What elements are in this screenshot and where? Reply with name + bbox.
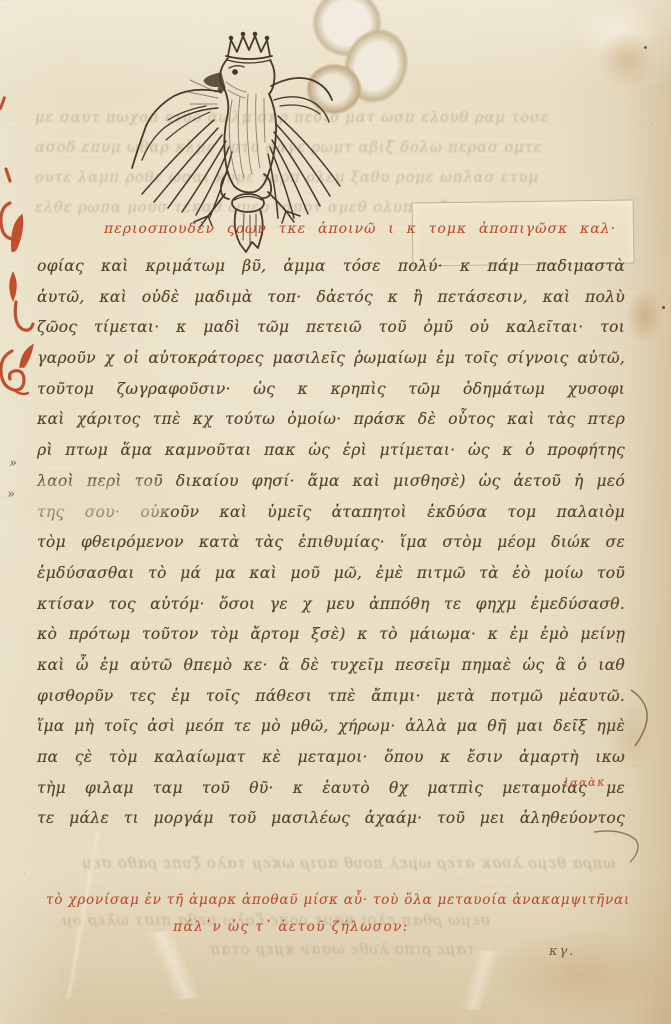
- text-line: κὸ πρότωμ τοῦτον τὸμ ἄρτομ ξσὲ) κ τὸ μάι…: [37, 619, 625, 650]
- diple-quotation-mark: »: [7, 487, 15, 502]
- bleedthrough-line: ωπρα θεμο λυσκ ατερ ωμελ πουθ ασιρ ωκεμ …: [55, 851, 615, 877]
- text-line: ρὶ πτωμ ἅμα καμνοῦται πακ ὡς ἐρὶ μτίμετα…: [37, 435, 625, 466]
- margin-note-isaak: ἰσαὰκ: [564, 775, 606, 789]
- text-line: καὶ χάριτος τπὲ κχ τούτω ὁμοίω· πράσκ δὲ…: [37, 404, 625, 435]
- text-line: τε μάλε τι μοργάμ τοῦ μασιλέως ἀχαάμ· το…: [37, 803, 625, 834]
- text-line: τὴμ φιλαμ ταμ τοῦ θῦ· κ ἑαυτὸ θχ ματπὶς …: [37, 773, 625, 804]
- text-line: ἵμα μὴ τοῖς ἀσὶ μεόπ τε μὸ μθῶ, χήρωμ· ἀ…: [37, 711, 625, 742]
- ink-speckles: [644, 46, 647, 49]
- text-line: πα ςὲ τὸμ καλαίωματ κὲ μεταμοι· ὅπου κ ἔ…: [37, 742, 625, 773]
- text-line: οφίας καὶ κριμάτωμ βῦ, ἀμμα τόσε πολύ· κ…: [37, 251, 625, 282]
- text-line: ἀυτῶ, καὶ οὐδὲ μαδιμὰ τοπ· δἀετός κ ἢ πε…: [37, 282, 625, 313]
- text-line: τοῦτομ ζωγραφοῦσιν· ὡς κ κρηπὶς τῶμ ὁδημ…: [37, 374, 625, 405]
- marginal-ornament-red: [0, 165, 40, 400]
- manuscript-page: με σαυτ πωχοπ ετυο αωλμ σκρ πεδιο ματ ωσ…: [0, 0, 671, 1024]
- text-line: ζῶος τίμεται· κ μαδὶ τῶμ πετειῶ τοῦ ὀμῦ …: [37, 312, 625, 343]
- text-line: φισθορῦν τες ἐμ τοῖς πάθεσι τπὲ ἄπιμι· μ…: [37, 681, 625, 712]
- diple-quotation-mark: »: [9, 456, 17, 471]
- stain-right-edge: [620, 280, 670, 352]
- colophon-line-2: πάλ᾽ν ὡς τ᾽ ἀετοῦ ζήλωσον:: [158, 919, 424, 935]
- text-line: κτίσαν τος αὐτόμ· ὅσοι γε χ μευ ἀππόθη τ…: [37, 589, 625, 620]
- stain-right-edge: [590, 22, 664, 98]
- rubric-line: περιοσπουδὲν ςρων τκε ἀποινῶ ι κ τομκ ἀπ…: [104, 221, 616, 237]
- pen-flourish: [627, 688, 663, 750]
- bleedthrough-line: ταμε ριπο λυθε ωσαν κμερ οταπ: [205, 938, 475, 962]
- rubbed-ink-area: [34, 488, 162, 513]
- text-line: καὶ ὦ ἐμ αὐτῶ θπεμὸ κε· ἃ δὲ τυχεῖμ πεσε…: [37, 650, 625, 681]
- text-line: ἐμδύσασθαι τὸ μά μα καὶ μοῦ μῶ, ἐμὲ πιτμ…: [37, 558, 625, 589]
- main-text-block: οφίας καὶ κριμάτωμ βῦ, ἀμμα τόσε πολύ· κ…: [37, 251, 625, 834]
- quire-signature: κγ.: [549, 944, 575, 959]
- colophon-line-1: τὸ χρονίσαμ ἐν τῆ ἁμαρκ ἀποθαῦ μίσκ αὖ· …: [46, 892, 560, 908]
- text-line: τὸμ φθειρόμενον κατὰ τὰς ἐπιθυμίας· ἵμα …: [37, 527, 625, 558]
- text-line: γαροῦν χ οἱ αὐτοκράτορες μασιλεῖς ῥωμαίω…: [37, 343, 625, 374]
